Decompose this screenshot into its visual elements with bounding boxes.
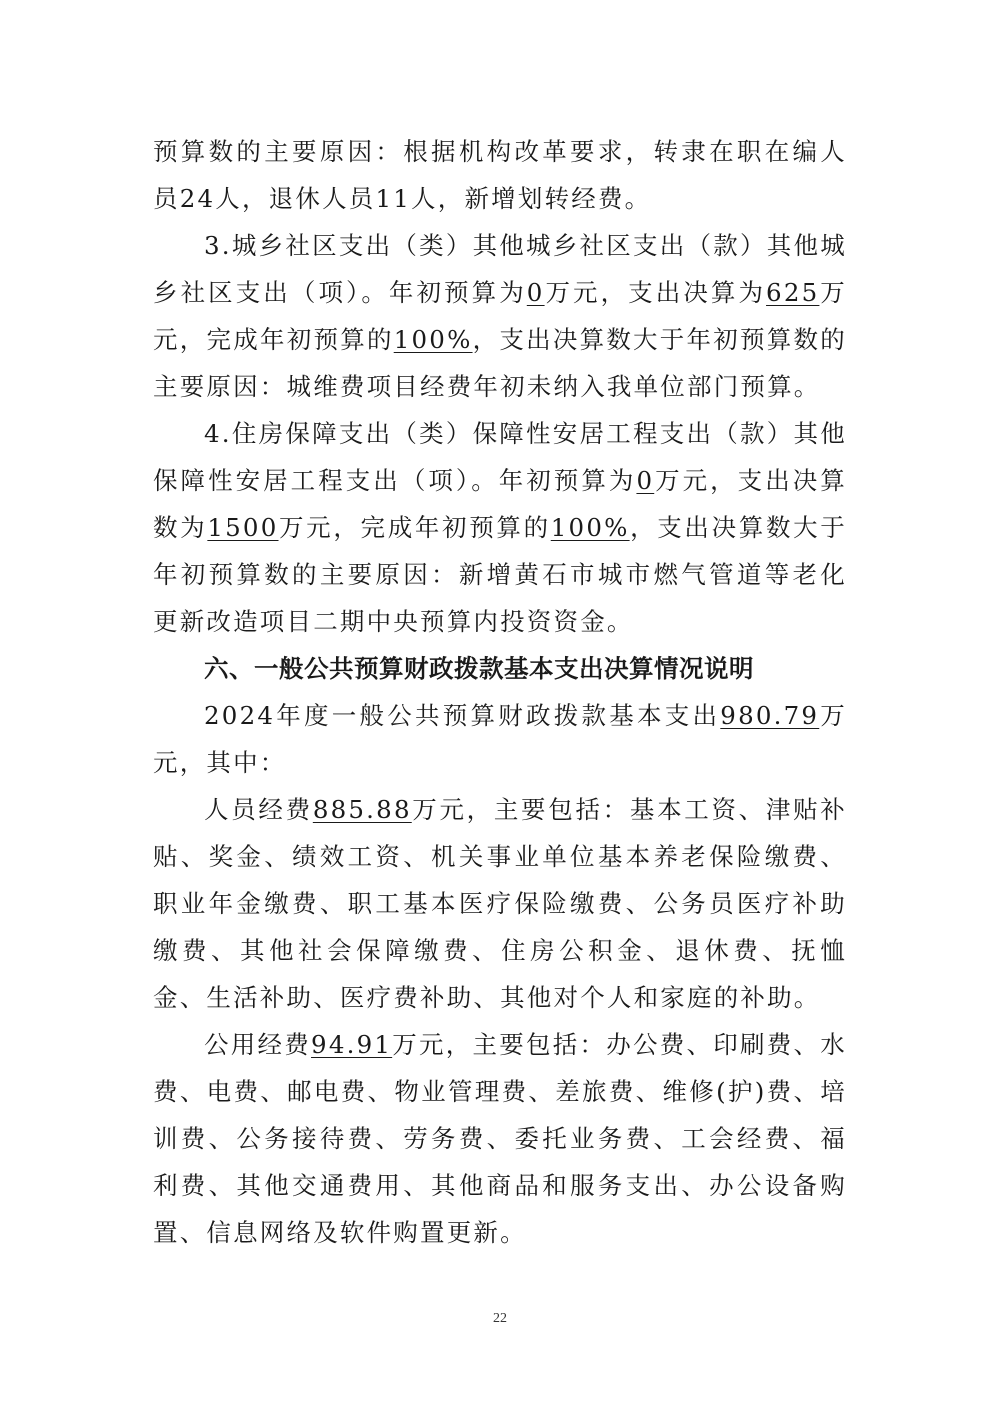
paragraph-text: 万元，完成年初预算的	[279, 513, 551, 542]
paragraph-text: 人员经费	[204, 795, 313, 824]
basic-expenditure-value: 980.79	[720, 701, 819, 730]
paragraph-text: 万元，主要包括：基本工资、津贴补贴、奖金、绩效工资、机关事业单位基本养老保险缴费…	[153, 795, 847, 1012]
paragraph-urban-rural-community-expenditure: 3.城乡社区支出（类）其他城乡社区支出（款）其他城乡社区支出（项）。年初预算为0…	[153, 222, 847, 410]
paragraph-public-expenses: 公用经费94.91万元，主要包括：办公费、印刷费、水费、电费、邮电费、物业管理费…	[153, 1021, 847, 1256]
initial-budget-value: 0	[636, 466, 654, 495]
public-expenses-value: 94.91	[311, 1030, 392, 1059]
paragraph-text: 预算数的主要原因：根据机构改革要求，转隶在职在编人员24人，退休人员11人，新增…	[153, 137, 847, 213]
paragraph-personnel-expenses: 人员经费885.88万元，主要包括：基本工资、津贴补贴、奖金、绩效工资、机关事业…	[153, 786, 847, 1021]
paragraph-text: 公用经费	[204, 1030, 311, 1059]
paragraph-text: 万元，主要包括：办公费、印刷费、水费、电费、邮电费、物业管理费、差旅费、维修(护…	[153, 1030, 847, 1247]
personnel-expenses-value: 885.88	[313, 795, 412, 824]
page-number: 22	[0, 1311, 1000, 1327]
document-page: 预算数的主要原因：根据机构改革要求，转隶在职在编人员24人，退休人员11人，新增…	[153, 128, 847, 1256]
section-heading: 六、一般公共预算财政拨款基本支出决算情况说明	[153, 645, 847, 692]
paragraph-housing-security-expenditure: 4.住房保障支出（类）保障性安居工程支出（款）其他保障性安居工程支出（项）。年初…	[153, 410, 847, 645]
paragraph-text: 2024年度一般公共预算财政拨款基本支出	[204, 701, 720, 730]
final-expenditure-value: 625	[766, 278, 819, 307]
completion-rate-value: 100%	[394, 325, 473, 354]
paragraph-text: 万元，支出决算为	[545, 278, 766, 307]
final-expenditure-value: 1500	[207, 513, 278, 542]
completion-rate-value: 100%	[551, 513, 630, 542]
initial-budget-value: 0	[527, 278, 545, 307]
paragraph-basic-expenditure-total: 2024年度一般公共预算财政拨款基本支出980.79万元，其中：	[153, 692, 847, 786]
paragraph-budget-reason-continued: 预算数的主要原因：根据机构改革要求，转隶在职在编人员24人，退休人员11人，新增…	[153, 128, 847, 222]
